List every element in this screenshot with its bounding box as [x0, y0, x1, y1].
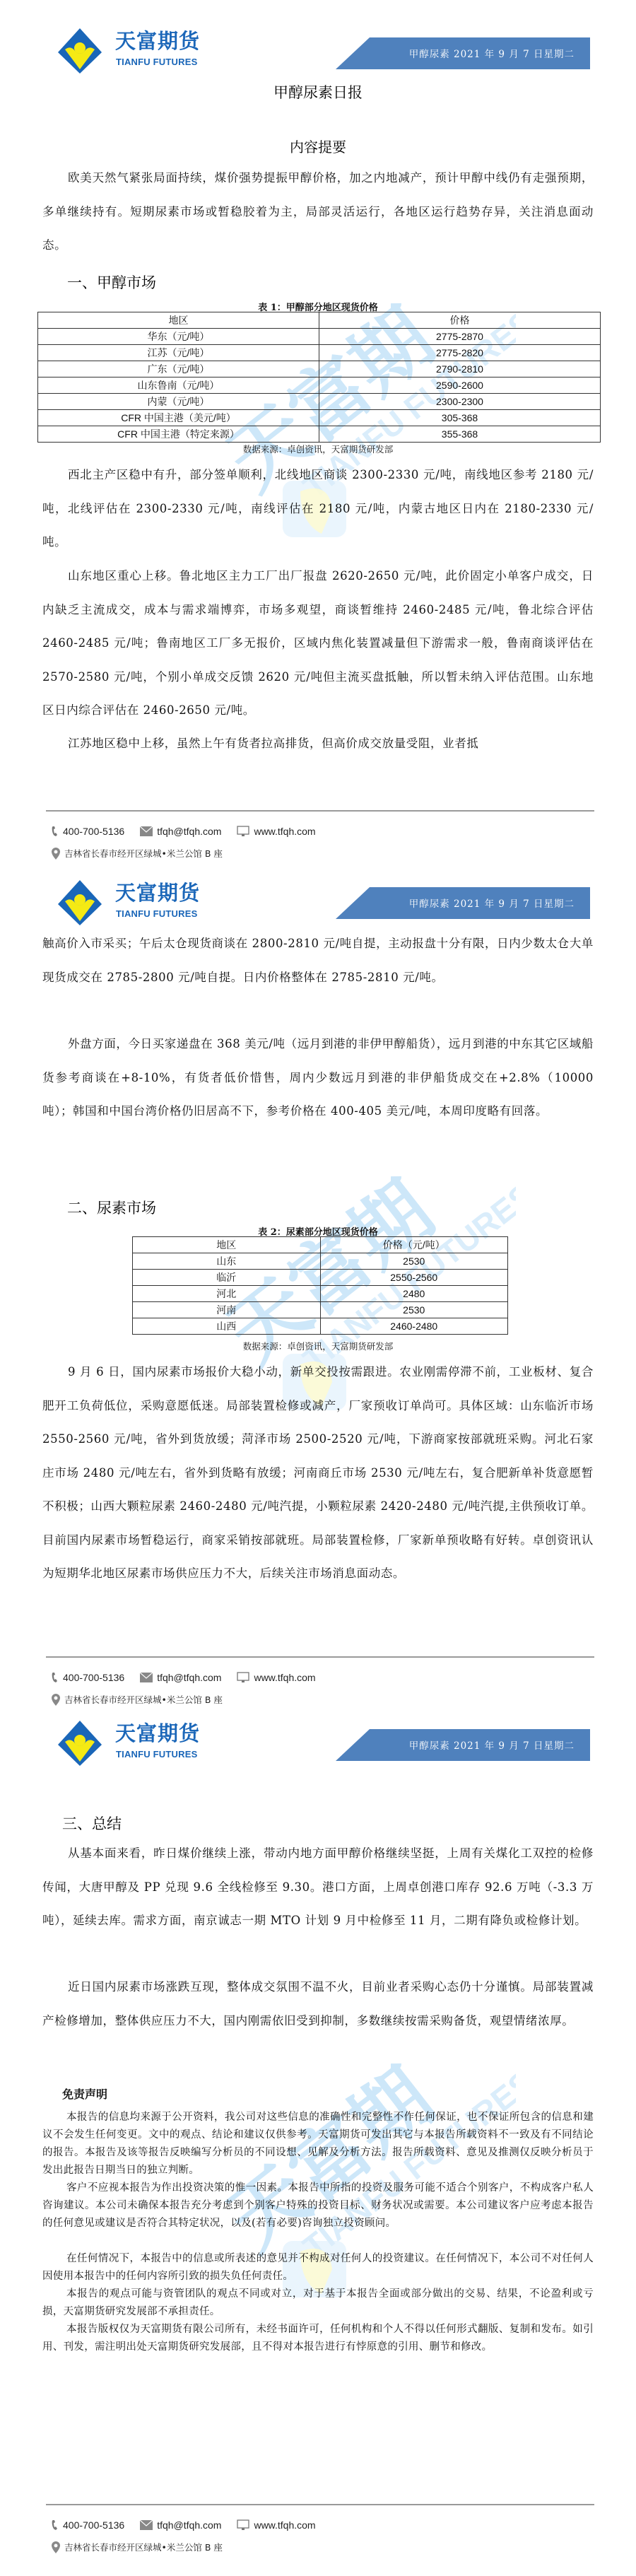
- logo-chinese-name: 天富期货: [115, 30, 200, 52]
- methanol-northwest-paragraph: 西北主产区稳中有升，部分签单顺利，北线地区商谈 2300-2330 元/吨，南线…: [42, 458, 594, 559]
- footer-email[interactable]: tfqh@tfqh.com: [140, 2519, 221, 2531]
- cell-region: 内蒙（元/吨）: [38, 394, 319, 410]
- banner-date-text: 甲醇尿素 2021 年 9 月 7 日星期二: [409, 896, 575, 910]
- envelope-icon: [140, 1673, 153, 1682]
- page-1: 天富期货 TIANFU FUTURES 甲醇尿素 2021 年 9 月 7 日星…: [0, 0, 636, 873]
- footer-website[interactable]: www.tfqh.com: [237, 826, 315, 837]
- section-2-heading: 二、尿素市场: [67, 1197, 156, 1218]
- methanol-jiangsu-paragraph-cont: 触高价入市采买；午后太仓现货商谈在 2800-2810 元/吨自提，主动报盘十分…: [42, 927, 594, 994]
- cell-price: 2480: [320, 1286, 508, 1302]
- cell-price: 2775-2820: [319, 345, 601, 361]
- cell-region: 河北: [133, 1286, 321, 1302]
- monitor-icon: [237, 1672, 249, 1683]
- cell-region: 江苏（元/吨）: [38, 345, 319, 361]
- cell-region: CFR 中国主港（美元/吨）: [38, 410, 319, 426]
- logo-chinese-name: 天富期货: [115, 1722, 200, 1745]
- header-banner: 甲醇尿素 2021 年 9 月 7 日星期二: [336, 37, 590, 69]
- location-pin-icon: [52, 2541, 60, 2553]
- section-3-heading: 三、总结: [62, 1813, 122, 1834]
- header-cell-price: 价格: [319, 312, 601, 329]
- header-banner: 甲醇尿素 2021 年 9 月 7 日星期二: [336, 1729, 590, 1761]
- disclaimer-paragraph-5: 本报告版权仅为天富期货有限公司所有，未经书面许可，任何机构和个人不得以任何形式翻…: [42, 2321, 594, 2356]
- address-text: 吉林省长春市经开区绿城•米兰公馆 B 座: [64, 1693, 223, 1706]
- location-pin-icon: [52, 1694, 60, 1706]
- tianfu-logo-icon: [57, 27, 103, 74]
- table-row: CFR 中国主港（特定来源）355-368: [38, 426, 601, 443]
- logo-english-name: TIANFU FUTURES: [116, 57, 197, 67]
- cell-price: 355-368: [319, 426, 601, 443]
- phone-icon: [52, 1672, 59, 1683]
- location-pin-icon: [52, 848, 60, 860]
- monitor-icon: [237, 2519, 249, 2531]
- table-row: 广东（元/吨）2790-2810: [38, 361, 601, 377]
- methanol-shandong-paragraph: 山东地区重心上移。鲁北地区主力工厂出厂报盘 2620-2650 元/吨，此价固定…: [42, 559, 594, 727]
- address-text: 吉林省长春市经开区绿城•米兰公馆 B 座: [64, 2541, 223, 2553]
- footer-website[interactable]: www.tfqh.com: [237, 2519, 315, 2531]
- disclaimer-paragraph-2: 客户不应视本报告为作出投资决策的惟一因素。本报告中所指的投资及服务可能不适合个别…: [42, 2179, 594, 2232]
- footer-website[interactable]: www.tfqh.com: [237, 1672, 315, 1683]
- banner-date-text: 甲醇尿素 2021 年 9 月 7 日星期二: [409, 46, 575, 60]
- cell-region: 河南: [133, 1302, 321, 1318]
- website-url: www.tfqh.com: [254, 1672, 315, 1683]
- footer-divider: [46, 810, 594, 812]
- website-url: www.tfqh.com: [254, 2519, 315, 2531]
- summary-heading: 内容提要: [0, 136, 636, 156]
- footer-address-line: 吉林省长春市经开区绿城•米兰公馆 B 座: [52, 1693, 223, 1706]
- disclaimer-paragraph-1: 本报告的信息均来源于公开资料，我公司对这些信息的准确性和完整性不作任何保证，也不…: [42, 2109, 594, 2179]
- envelope-icon: [140, 826, 153, 836]
- email-address: tfqh@tfqh.com: [157, 2519, 221, 2531]
- logo-chinese-name: 天富期货: [115, 882, 200, 904]
- phone-number: 400-700-5136: [63, 1672, 124, 1683]
- report-title: 甲醇尿素日报: [0, 81, 636, 103]
- table-row: 河北2480: [133, 1286, 508, 1302]
- address-text: 吉林省长春市经开区绿城•米兰公馆 B 座: [64, 847, 223, 860]
- page-header: 天富期货 TIANFU FUTURES 甲醇尿素 2021 年 9 月 7 日星…: [0, 1718, 636, 1796]
- summary-paragraph: 欧美天然气紧张局面持续，煤价强势提振甲醇价格，加之内地减产，预计甲醇中线仍有走强…: [42, 161, 594, 262]
- phone-icon: [52, 2519, 59, 2531]
- page-3: 天富期货 TIANFU FUTURES 甲醇尿素 2021 年 9 月 7 日星…: [0, 1718, 636, 2576]
- footer-contact-line: 400-700-5136 tfqh@tfqh.com www.tfqh.com: [52, 826, 331, 837]
- summary-urea-paragraph: 近日国内尿素市场涨跌互现，整体成交氛围不温不火，目前业者采购心态仍十分谨慎。局部…: [42, 1970, 594, 2037]
- table-row: 河南2530: [133, 1302, 508, 1318]
- footer-divider: [46, 1656, 594, 1658]
- disclaimer-paragraph-3: 在任何情况下，本报告中的信息或所表述的意见并不构成对任何人的投资建议。在任何情况…: [42, 2250, 594, 2285]
- footer-email[interactable]: tfqh@tfqh.com: [140, 1672, 221, 1683]
- tianfu-logo-icon: [57, 879, 103, 925]
- section-1-heading: 一、甲醇市场: [67, 271, 156, 293]
- footer-address-line: 吉林省长春市经开区绿城•米兰公馆 B 座: [52, 847, 223, 860]
- email-address: tfqh@tfqh.com: [157, 1672, 221, 1683]
- phone-number: 400-700-5136: [63, 2519, 124, 2531]
- cell-region: 山东: [133, 1253, 321, 1270]
- summary-methanol-paragraph: 从基本面来看，昨日煤价继续上涨，带动内地方面甲醇价格继续坚挺，上周有关煤化工双控…: [42, 1837, 594, 1938]
- company-logo: 天富期货 TIANFU FUTURES: [55, 25, 218, 75]
- cell-region: 广东（元/吨）: [38, 361, 319, 377]
- footer-contact-line: 400-700-5136 tfqh@tfqh.com www.tfqh.com: [52, 2519, 331, 2531]
- cell-region: 华东（元/吨）: [38, 329, 319, 345]
- tianfu-logo-icon: [57, 1719, 103, 1766]
- urea-market-paragraph: 9 月 6 日，国内尿素市场报价大稳小动，新单交投按需跟进。农业刚需停滞不前，工…: [42, 1355, 594, 1591]
- table-1-source: 数据来源：卓创资讯，天富期货研发部: [0, 443, 636, 455]
- table-row: 江苏（元/吨）2775-2820: [38, 345, 601, 361]
- page-footer: 400-700-5136 tfqh@tfqh.com www.tfqh.com …: [46, 810, 594, 812]
- cell-price: 2530: [320, 1253, 508, 1270]
- cell-region: 山西: [133, 1318, 321, 1335]
- cell-price: 2590-2600: [319, 377, 601, 394]
- table-row: 山东2530: [133, 1253, 508, 1270]
- footer-phone: 400-700-5136: [52, 2519, 124, 2531]
- cell-price: 305-368: [319, 410, 601, 426]
- cell-price: 2550-2560: [320, 1270, 508, 1286]
- footer-phone: 400-700-5136: [52, 1672, 124, 1683]
- cell-region: 临沂: [133, 1270, 321, 1286]
- logo-english-name: TIANFU FUTURES: [116, 1749, 197, 1760]
- header-banner: 甲醇尿素 2021 年 9 月 7 日星期二: [336, 887, 590, 919]
- cell-region: CFR 中国主港（特定来源）: [38, 426, 319, 443]
- logo-english-name: TIANFU FUTURES: [116, 908, 197, 919]
- company-logo: 天富期货 TIANFU FUTURES: [55, 877, 218, 927]
- table-row: 山东鲁南（元/吨）2590-2600: [38, 377, 601, 394]
- table-header-row: 地区 价格: [38, 312, 601, 329]
- page-header: 天富期货 TIANFU FUTURES 甲醇尿素 2021 年 9 月 7 日星…: [0, 0, 636, 78]
- table-row: 内蒙（元/吨）2300-2300: [38, 394, 601, 410]
- table-row: 山西2460-2480: [133, 1318, 508, 1335]
- page-footer: 400-700-5136 tfqh@tfqh.com www.tfqh.com …: [46, 2504, 594, 2505]
- methanol-price-table: 地区 价格 华东（元/吨）2775-2870 江苏（元/吨）2775-2820 …: [37, 312, 601, 443]
- cell-price: 2775-2870: [319, 329, 601, 345]
- company-logo: 天富期货 TIANFU FUTURES: [55, 1718, 218, 1767]
- monitor-icon: [237, 826, 249, 837]
- cell-price: 2530: [320, 1302, 508, 1318]
- cell-price: 2790-2810: [319, 361, 601, 377]
- page-2: 天富期货 TIANFU FUTURES 甲醇尿素 2021 年 9 月 7 日星…: [0, 873, 636, 1718]
- footer-address-line: 吉林省长春市经开区绿城•米兰公馆 B 座: [52, 2541, 223, 2553]
- methanol-overseas-paragraph: 外盘方面，今日买家递盘在 368 美元/吨（远月到港的非伊甲醇船货），远月到港的…: [42, 1027, 594, 1128]
- header-cell-region: 地区: [38, 312, 319, 329]
- methanol-jiangsu-paragraph-start: 江苏地区稳中上移，虽然上午有货者拉高排货，但高价成交放量受阻，业者抵: [42, 727, 594, 761]
- page-footer: 400-700-5136 tfqh@tfqh.com www.tfqh.com …: [46, 1656, 594, 1658]
- footer-divider: [46, 2504, 594, 2505]
- urea-price-table: 地区 价格（元/吨） 山东2530 临沂2550-2560 河北2480 河南2…: [132, 1236, 508, 1335]
- email-address: tfqh@tfqh.com: [157, 826, 221, 837]
- envelope-icon: [140, 2520, 153, 2530]
- phone-number: 400-700-5136: [63, 826, 124, 837]
- table-row: CFR 中国主港（美元/吨）305-368: [38, 410, 601, 426]
- disclaimer-heading: 免责声明: [62, 2085, 107, 2102]
- website-url: www.tfqh.com: [254, 826, 315, 837]
- table-2-source: 数据来源：卓创资讯，天富期货研发部: [0, 1340, 636, 1352]
- table-row: 华东（元/吨）2775-2870: [38, 329, 601, 345]
- cell-price: 2460-2480: [320, 1318, 508, 1335]
- header-cell-region: 地区: [133, 1237, 321, 1253]
- table-header-row: 地区 价格（元/吨）: [133, 1237, 508, 1253]
- footer-contact-line: 400-700-5136 tfqh@tfqh.com www.tfqh.com: [52, 1672, 331, 1683]
- footer-phone: 400-700-5136: [52, 826, 124, 837]
- table-row: 临沂2550-2560: [133, 1270, 508, 1286]
- banner-date-text: 甲醇尿素 2021 年 9 月 7 日星期二: [409, 1738, 575, 1752]
- disclaimer-paragraph-4: 本报告的观点可能与资管团队的观点不同或对立，对于基于本报告全面或部分做出的交易、…: [42, 2285, 594, 2321]
- header-cell-price: 价格（元/吨）: [320, 1237, 508, 1253]
- cell-region: 山东鲁南（元/吨）: [38, 377, 319, 394]
- footer-email[interactable]: tfqh@tfqh.com: [140, 826, 221, 837]
- phone-icon: [52, 826, 59, 837]
- cell-price: 2300-2300: [319, 394, 601, 410]
